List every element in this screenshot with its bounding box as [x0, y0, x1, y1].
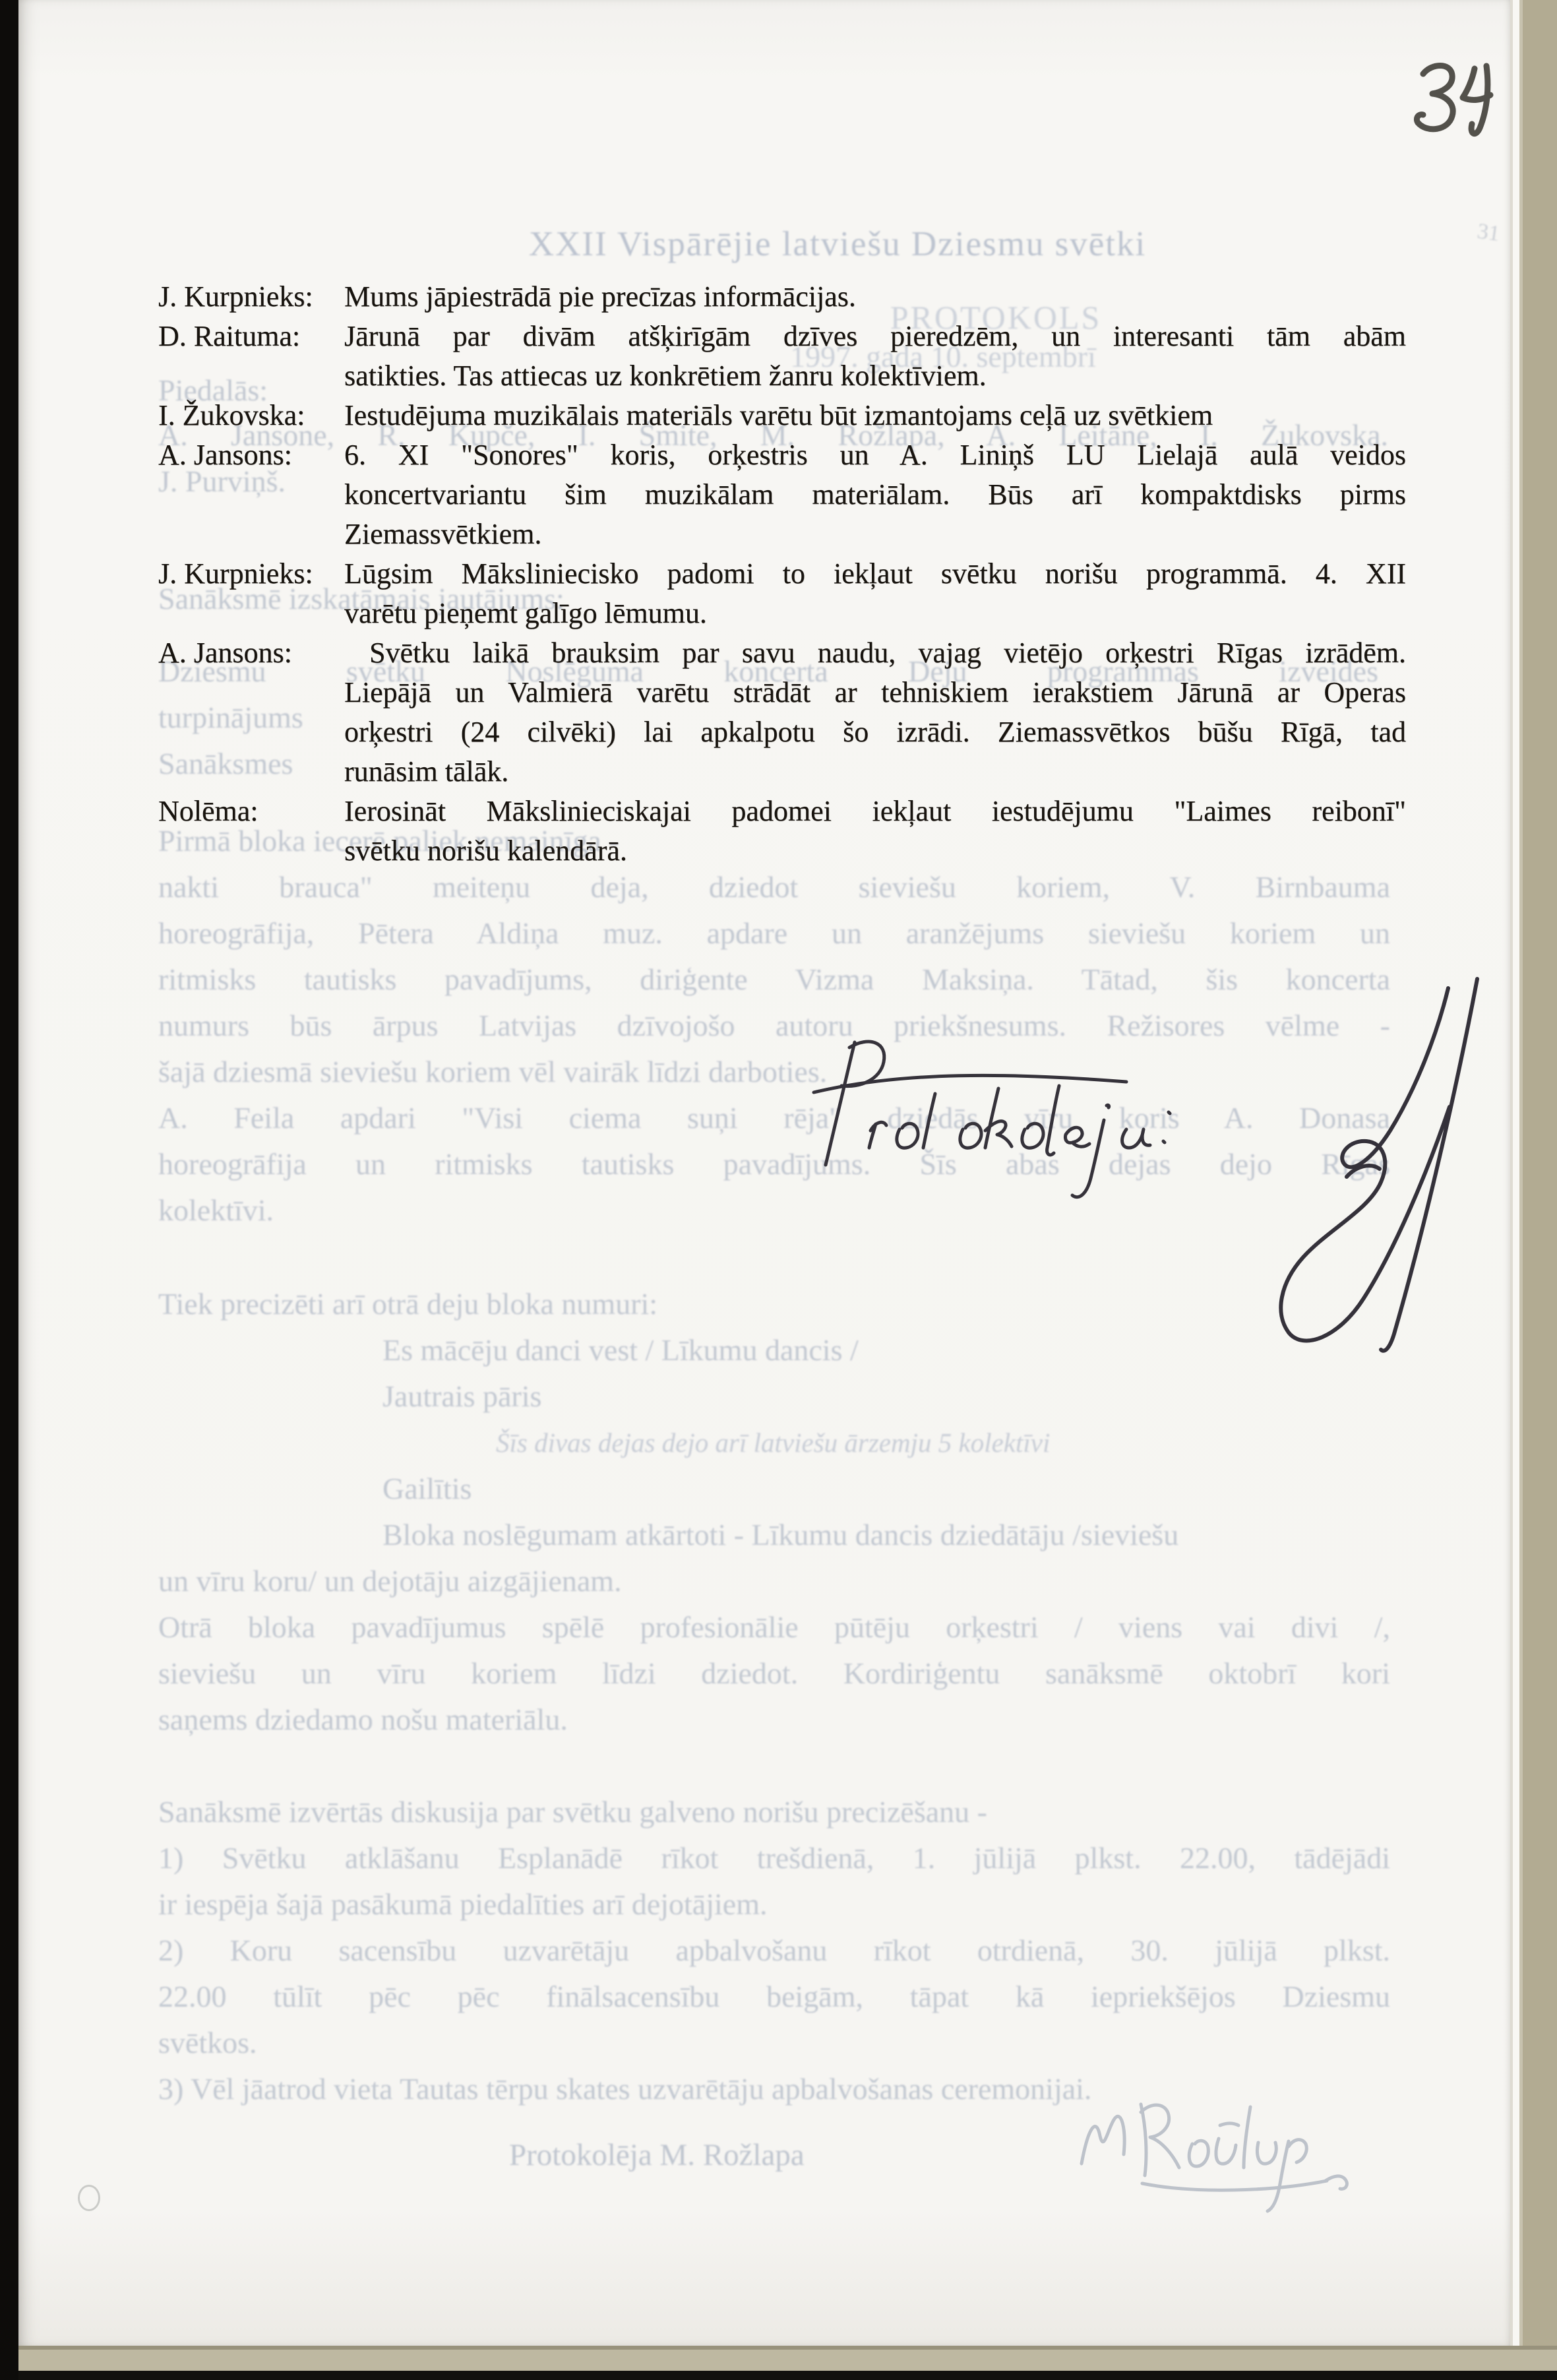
- ghost-paragraph-2: Tiek precizēti arī otrā deju bloka numur…: [158, 1281, 1390, 1743]
- ghost-line: Bloka noslēgumam atkārtoti - Līkumu danc…: [382, 1512, 1390, 1558]
- minutes-line: Liepājā un Valmierā varētu strādāt ar te…: [344, 673, 1406, 712]
- scanned-document: XXII Vispārējie latviešu Dziesmu svētki …: [0, 0, 1557, 2380]
- minutes-line: Ziemassvētkiem.: [344, 515, 1406, 554]
- minutes-entry: J. Kurpnieks:Mums jāpiestrādā pie precīz…: [158, 277, 1406, 317]
- minutes-line: satikties. Tas attiecas uz konkrētiem ža…: [344, 356, 1406, 396]
- minutes-flow: J. Kurpnieks:Mums jāpiestrādā pie precīz…: [158, 277, 1406, 871]
- ghost-line: horeogrāfija, Pētera Aldiņa muz. apdare …: [158, 910, 1390, 956]
- ghost-line: un vīru koru/ un dejotāju aizgājienam.: [158, 1558, 1390, 1604]
- ghost-line: Gailītis: [382, 1466, 1390, 1512]
- ghost-line: ir iespēja šajā pasākumā piedalīties arī…: [158, 1881, 1390, 1927]
- ghost-line: 2) Koru sacensību uzvarētāju apbalvošanu…: [158, 1927, 1390, 1974]
- stray-pencil-mark: [78, 2185, 100, 2211]
- speaker-label: D. Raituma:: [158, 317, 300, 356]
- minutes-entry: I. Žukovska:Iestudējuma muzikālais mater…: [158, 396, 1406, 435]
- page-edge-right: [1510, 0, 1557, 2348]
- minutes-line: koncertvariantu šim muzikālam materiālam…: [344, 475, 1406, 515]
- ghost-line: nakti brauca" meiteņu deja, dziedot siev…: [158, 864, 1390, 910]
- speaker-label: A. Jansons:: [158, 435, 292, 475]
- ghost-line: 1) Svētku atklāšanu Esplanādē rīkot treš…: [158, 1835, 1390, 1881]
- ghost-line: svētkos.: [158, 2020, 1390, 2066]
- ghost-line: saņems dziedamo nošu materiālu.: [158, 1697, 1390, 1743]
- scan-border-left: [0, 0, 18, 2380]
- ghost-margin-note: 31: [1476, 219, 1502, 247]
- ghost-line: ritmisks tautisks pavadījums, diriģente …: [158, 956, 1390, 1003]
- page-edge-bottom: [18, 2346, 1557, 2380]
- ghost-line: 22.00 tūlīt pēc pēc finālsacensību beigā…: [158, 1974, 1390, 2020]
- minutes-entry: A. Jansons:Svētku laikā brauksim par sav…: [158, 633, 1406, 792]
- ghost-line: Sanāksmē izvērtās diskusija par svētku g…: [158, 1789, 1390, 1835]
- ghost-footer-protokoleja: Protokolēja M. Rožlapa: [509, 2137, 805, 2173]
- ghost-header-title: XXII Vispārējie latviešu Dziesmu svētki: [435, 224, 1240, 264]
- speaker-label: I. Žukovska:: [158, 396, 305, 435]
- ghost-line: Tiek precizēti arī otrā deju bloka numur…: [158, 1281, 1390, 1327]
- handwritten-protokoleja-label: [770, 1008, 1232, 1219]
- minutes-line: Iestudējuma muzikālais materiāls varētu …: [344, 396, 1406, 435]
- minutes-line: svētku norišu kalendārā.: [344, 831, 1406, 871]
- minutes-line: orķestri (24 cilvēki) lai apkalpotu šo i…: [344, 712, 1406, 752]
- speaker-label: A. Jansons:: [158, 633, 292, 673]
- minutes-line: runāsim tālāk.: [344, 752, 1406, 792]
- minutes-line: varētu pieņemt galīgo lēmumu.: [344, 594, 1406, 633]
- minutes-line: Ierosināt Mākslinieciskajai padomei iekļ…: [344, 792, 1406, 831]
- speaker-label: J. Kurpnieks:: [158, 277, 313, 317]
- minutes-entry: J. Kurpnieks:Lūgsim Māksliniecisko padom…: [158, 554, 1406, 633]
- minutes-entry: A. Jansons:6. XI "Sonores" koris, orķest…: [158, 435, 1406, 554]
- minutes-line: Lūgsim Māksliniecisko padomi to iekļaut …: [344, 554, 1406, 594]
- minutes-entry: Nolēma:Ierosināt Mākslinieciskajai padom…: [158, 792, 1406, 871]
- ghost-line: Otrā bloka pavadījumus spēlē profesionāl…: [158, 1604, 1390, 1650]
- minutes-entry: D. Raituma:Jārunā par divām atšķirīgām d…: [158, 317, 1406, 396]
- ghost-line: sieviešu un vīru koriem līdzi dziedot. K…: [158, 1650, 1390, 1697]
- faded-footer-signature: [1063, 2065, 1373, 2230]
- ghost-line: Šīs divas dejas dejo arī latviešu ārzemj…: [496, 1420, 1390, 1466]
- handwritten-page-number: [1390, 54, 1515, 140]
- minutes-line: Mums jāpiestrādā pie precīzas informācij…: [344, 277, 1406, 317]
- ghost-paragraph-3: Sanāksmē izvērtās diskusija par svētku g…: [158, 1789, 1390, 2112]
- minutes-line: Svētku laikā brauksim par savu naudu, va…: [344, 633, 1406, 673]
- speaker-label: Nolēma:: [158, 792, 259, 831]
- handwritten-signature: [1217, 964, 1501, 1387]
- minutes-line: Jārunā par divām atšķirīgām dzīves piere…: [344, 317, 1406, 356]
- minutes-line: 6. XI "Sonores" koris, orķestris un A. L…: [344, 435, 1406, 475]
- speaker-label: J. Kurpnieks:: [158, 554, 313, 594]
